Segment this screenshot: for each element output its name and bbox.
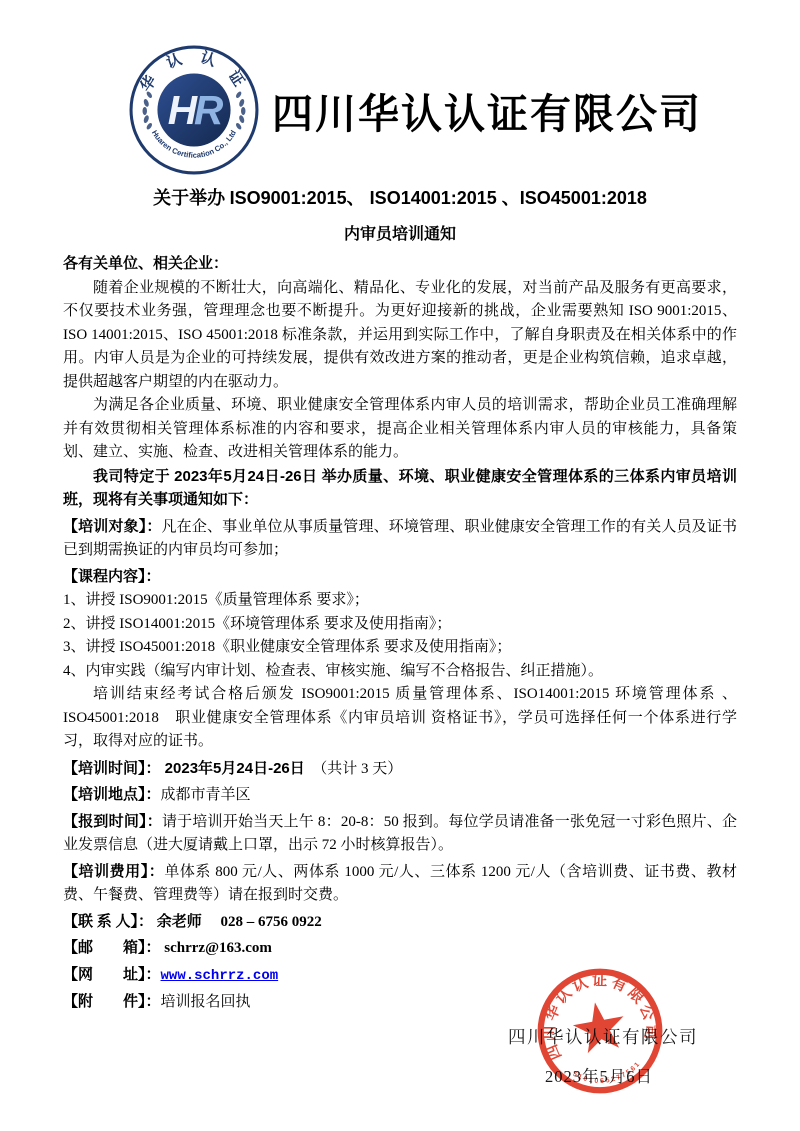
certificate-note: 培训结束经考试合格后颁发 ISO9001:2015 质量管理体系、ISO1400… xyxy=(63,683,737,754)
checkin-time-text: 请于培训开始当天上午 8：20-8：50 报到。每位学员请准备一张免冠一寸彩色照… xyxy=(63,814,737,854)
checkin-time-label: 【报到时间】： xyxy=(63,814,162,830)
attachment-label: 【附 件】： xyxy=(63,994,161,1010)
salutation: 各有关单位、相关企业： xyxy=(63,253,737,277)
document-content: 关于举办 ISO9001:2015、 ISO14001:2015 、ISO450… xyxy=(63,186,737,1015)
announcement-prefix: 我司特定于 xyxy=(93,469,174,485)
training-time-note: （共计 3 天） xyxy=(305,761,403,777)
training-fee-label: 【培训费用】： xyxy=(63,864,164,880)
website-link[interactable]: www.schrrz.com xyxy=(161,968,279,984)
training-fee-text: 单体系 800 元/人、两体系 1000 元/人、三体系 1200 元/人（含培… xyxy=(63,864,737,904)
announcement-date: 2023年5月24日-26日 xyxy=(174,468,317,485)
intro-paragraph-2: 为满足各企业质量、环境、职业健康安全管理体系内审人员的培训需求，帮助企业员工准确… xyxy=(63,394,737,465)
course-item: 3、讲授 ISO45001:2018《职业健康安全管理体系 要求及使用指南》； xyxy=(63,636,737,660)
contact-person-line: 【联 系 人】： 余老师 028 – 6756 0922 xyxy=(63,911,737,935)
training-time-line: 【培训时间】： 2023年5月24日-26日 （共计 3 天） xyxy=(63,757,737,782)
training-time-value: 2023年5月24日-26日 xyxy=(161,760,305,777)
course-item: 2、讲授 ISO14001:2015《环境管理体系 要求及使用指南》； xyxy=(63,613,737,637)
training-target-label: 【培训对象】： xyxy=(63,519,162,535)
training-time-label: 【培训时间】： xyxy=(63,761,161,777)
seal-star xyxy=(570,998,629,1055)
contact-website-label: 【网 址】： xyxy=(63,967,161,983)
contact-email-value: schrrz@163.com xyxy=(161,940,272,956)
training-fee-line: 【培训费用】：单体系 800 元/人、两体系 1000 元/人、三体系 1200… xyxy=(63,861,737,908)
course-content-label: 【课程内容】： xyxy=(63,566,737,590)
intro-paragraph-1: 随着企业规模的不断壮大，向高端化、精品化、专业化的发展，对当前产品及服务有更高要… xyxy=(63,277,737,395)
company-seal-stamp: 四川华认认证有限公司 5101055277561 xyxy=(510,941,691,1122)
training-target-text: 凡在企、事业单位从事质量管理、环境管理、职业健康安全管理工作的有关人员及证书已到… xyxy=(63,519,737,559)
title-prefix: 关于举办 xyxy=(153,188,230,208)
course-item: 1、讲授 ISO9001:2015《质量管理体系 要求》； xyxy=(63,589,737,613)
training-target-line: 【培训对象】：凡在企、事业单位从事质量管理、环境管理、职业健康安全管理工作的有关… xyxy=(63,516,737,563)
letterhead: 华 认 认 证 Huaren Certification Co., Ltd HR xyxy=(128,44,702,176)
attachment-value: 培训报名回执 xyxy=(161,994,251,1010)
contact-person-value: 余老师 028 – 6756 0922 xyxy=(153,914,322,930)
document-title: 关于举办 ISO9001:2015、 ISO14001:2015 、ISO450… xyxy=(63,186,737,210)
document-page: 华 认 认 证 Huaren Certification Co., Ltd HR xyxy=(0,0,800,1131)
document-body: 各有关单位、相关企业： 随着企业规模的不断壮大，向高端化、精品化、专业化的发展，… xyxy=(63,253,737,1015)
checkin-time-line: 【报到时间】：请于培训开始当天上午 8：20-8：50 报到。每位学员请准备一张… xyxy=(63,811,737,858)
training-location-line: 【培训地点】：成都市青羊区 xyxy=(63,784,737,808)
company-logo: 华 认 认 证 Huaren Certification Co., Ltd HR xyxy=(128,44,260,176)
contact-person-label: 【联 系 人】： xyxy=(63,914,153,930)
document-subtitle: 内审员培训通知 xyxy=(63,221,737,244)
title-standard-codes: ISO9001:2015、 ISO14001:2015 、ISO45001:20… xyxy=(230,188,647,208)
company-name: 四川华认认证有限公司 xyxy=(272,81,702,140)
course-item: 4、内审实践（编写内审计划、检查表、审核实施、编写不合格报告、纠正措施）。 xyxy=(63,660,737,684)
training-location-value: 成都市青羊区 xyxy=(161,787,251,803)
announcement-paragraph: 我司特定于 2023年5月24日-26日 举办质量、环境、职业健康安全管理体系的… xyxy=(63,465,737,513)
contact-email-label: 【邮 箱】： xyxy=(63,940,161,956)
training-location-label: 【培训地点】： xyxy=(63,787,161,803)
logo-monogram: HR xyxy=(168,87,224,133)
